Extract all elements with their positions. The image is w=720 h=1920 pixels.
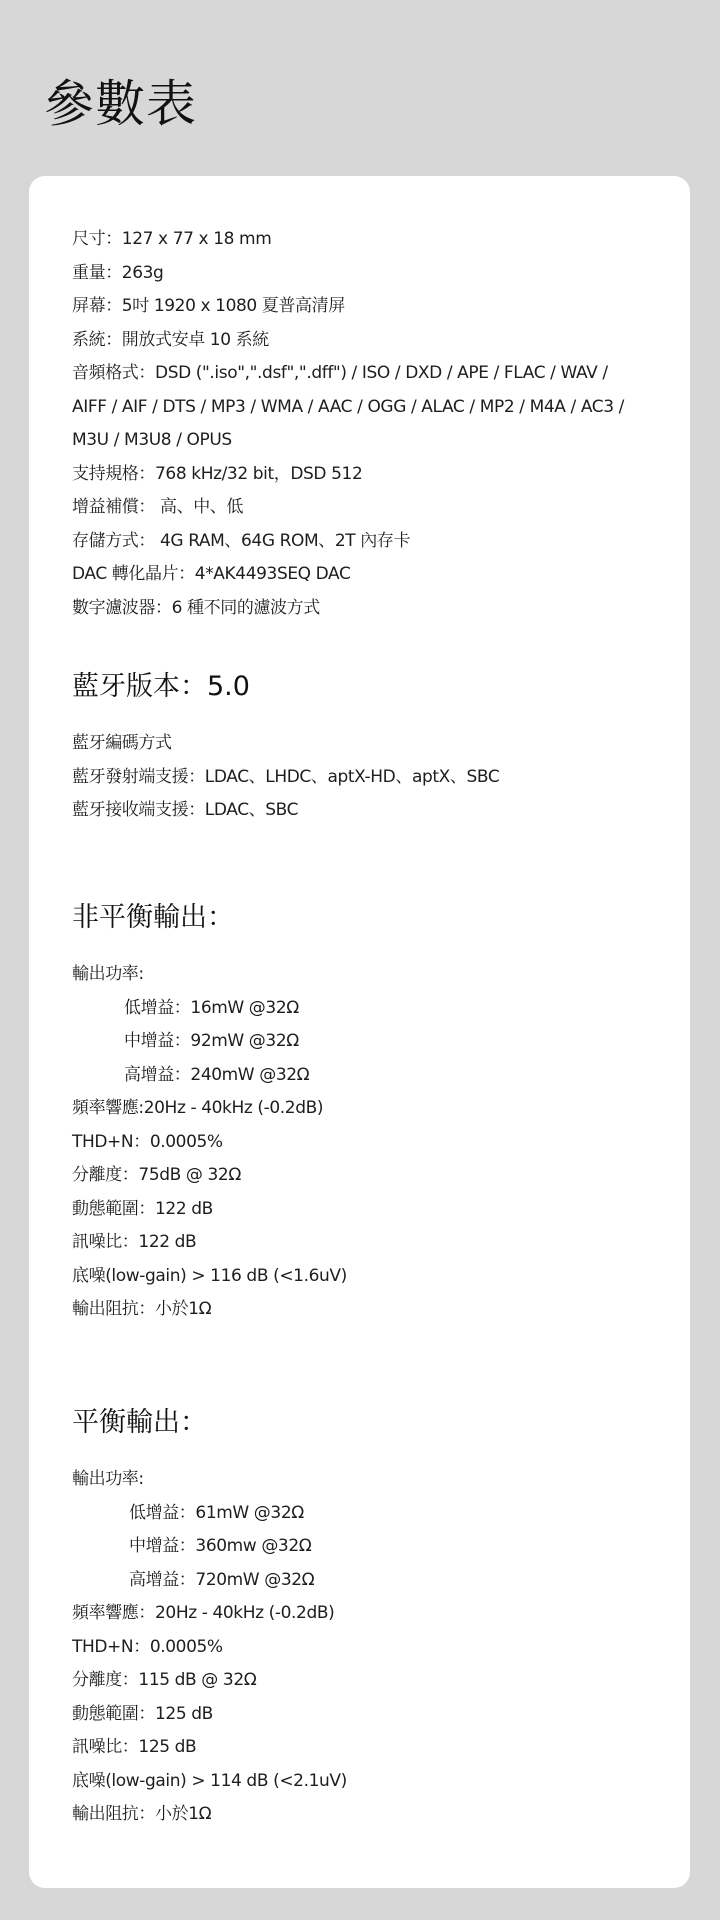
- spec-gain: 增益補償： 高、中、低: [72, 491, 672, 525]
- spec-weight: 重量：263g: [72, 257, 672, 291]
- spec-support: 支持規格：768 kHz/32 bit，DSD 512: [72, 458, 672, 492]
- balanced-heading: 平衡輸出：: [72, 1405, 672, 1441]
- balanced-power-low: 低增益：61mW @32Ω: [72, 1497, 672, 1531]
- spec-filter: 數字濾波器：6 種不同的濾波方式: [72, 592, 672, 626]
- balanced-separation: 分離度：115 dB @ 32Ω: [72, 1664, 672, 1698]
- unbalanced-output-impedance: 輸出阻抗：小於1Ω: [72, 1293, 672, 1327]
- balanced-power-high: 高增益：720mW @32Ω: [72, 1564, 672, 1598]
- unbalanced-power-low: 低增益：16mW @32Ω: [72, 992, 672, 1026]
- unbalanced-section: 非平衡輸出：: [72, 900, 672, 936]
- spec-size: 尺寸：127 x 77 x 18 mm: [72, 223, 672, 257]
- spec-system: 系統：開放式安卓 10 系統: [72, 324, 672, 358]
- unbalanced-frequency-response: 頻率響應:20Hz - 40kHz (-0.2dB): [72, 1092, 672, 1126]
- balanced-section: 平衡輸出：: [72, 1405, 672, 1441]
- bluetooth-details: 藍牙編碼方式 藍牙發射端支援：LDAC、LHDC、aptX-HD、aptX、SB…: [72, 727, 672, 828]
- unbalanced-power-high: 高增益：240mW @32Ω: [72, 1059, 672, 1093]
- bluetooth-codec-label: 藍牙編碼方式: [72, 727, 672, 761]
- balanced-power-mid: 中增益：360mw @32Ω: [72, 1530, 672, 1564]
- balanced-noise-floor: 底噪(low-gain) > 114 dB (<2.1uV): [72, 1765, 672, 1799]
- unbalanced-dynamic-range: 動態範圍：122 dB: [72, 1193, 672, 1227]
- spec-screen: 屏幕：5吋 1920 x 1080 夏普高清屏: [72, 290, 672, 324]
- balanced-details: 輸出功率: 低增益：61mW @32Ω 中增益：360mw @32Ω 高增益：7…: [72, 1463, 672, 1832]
- unbalanced-snr: 訊噪比：122 dB: [72, 1226, 672, 1260]
- balanced-snr: 訊噪比：125 dB: [72, 1731, 672, 1765]
- unbalanced-details: 輸出功率: 低增益：16mW @32Ω 中增益：92mW @32Ω 高增益：24…: [72, 958, 672, 1327]
- balanced-frequency-response: 頻率響應：20Hz - 40kHz (-0.2dB): [72, 1597, 672, 1631]
- bluetooth-section: 藍牙版本：5.0: [72, 669, 672, 705]
- page-title: 參數表: [44, 72, 197, 136]
- balanced-thdn: THD+N：0.0005%: [72, 1631, 672, 1665]
- balanced-power-label: 輸出功率:: [72, 1463, 672, 1497]
- spec-card: 尺寸：127 x 77 x 18 mm 重量：263g 屏幕：5吋 1920 x…: [29, 176, 690, 1888]
- unbalanced-heading: 非平衡輸出：: [72, 900, 672, 936]
- unbalanced-thdn: THD+N：0.0005%: [72, 1126, 672, 1160]
- spec-storage: 存儲方式： 4G RAM、64G ROM、2T 內存卡: [72, 525, 672, 559]
- spec-audio-formats: 音頻格式：DSD (".iso",".dsf",".dff") / ISO / …: [72, 357, 642, 458]
- balanced-dynamic-range: 動態範圍：125 dB: [72, 1698, 672, 1732]
- bluetooth-transmit: 藍牙發射端支援：LDAC、LHDC、aptX-HD、aptX、SBC: [72, 761, 672, 795]
- unbalanced-separation: 分離度：75dB @ 32Ω: [72, 1159, 672, 1193]
- unbalanced-power-mid: 中增益：92mW @32Ω: [72, 1025, 672, 1059]
- balanced-output-impedance: 輸出阻抗：小於1Ω: [72, 1798, 672, 1832]
- bluetooth-receive: 藍牙接收端支援：LDAC、SBC: [72, 794, 672, 828]
- spec-dac: DAC 轉化晶片：4*AK4493SEQ DAC: [72, 558, 672, 592]
- unbalanced-power-label: 輸出功率:: [72, 958, 672, 992]
- general-specs-section: 尺寸：127 x 77 x 18 mm 重量：263g 屏幕：5吋 1920 x…: [72, 223, 672, 625]
- unbalanced-noise-floor: 底噪(low-gain) > 116 dB (<1.6uV): [72, 1260, 672, 1294]
- bluetooth-heading: 藍牙版本：5.0: [72, 669, 672, 705]
